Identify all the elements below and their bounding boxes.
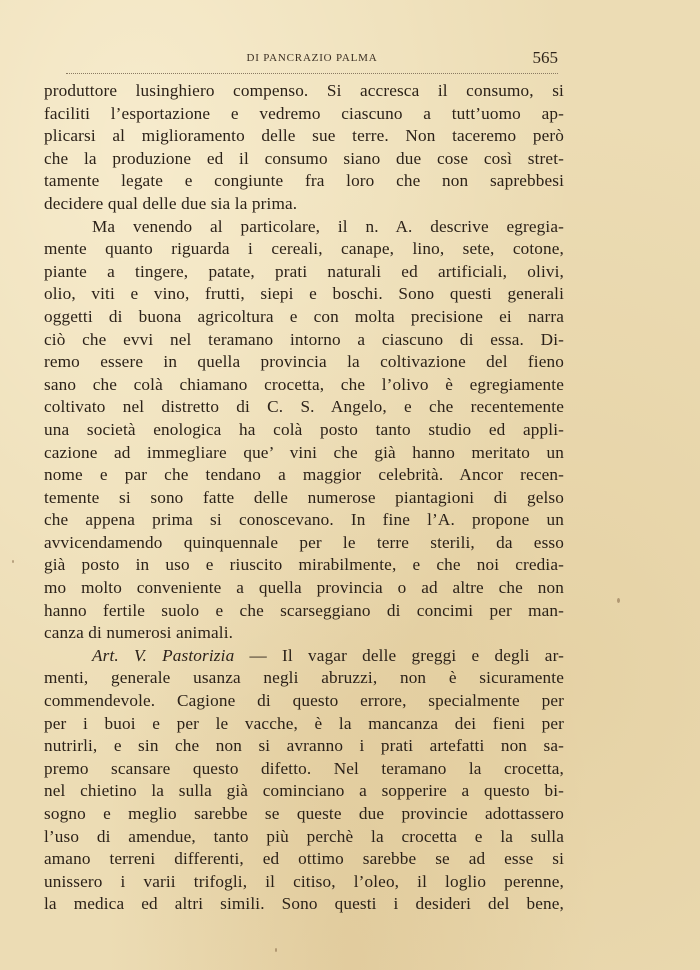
text-line: remo essere in quella provincia la colti… — [44, 351, 564, 374]
text-line: per i buoi e per le vacche, è la mancanz… — [44, 713, 564, 736]
text-line: canza di numerosi animali. — [44, 622, 564, 645]
text-line-rest: — Il vagar delle greggi e degli ar- — [234, 646, 564, 665]
paragraph-3: Art. V. Pastorizia — Il vagar delle greg… — [44, 645, 564, 916]
text-line: mente quanto riguarda i cereali, canape,… — [44, 238, 564, 261]
page-number: 565 — [533, 48, 559, 68]
text-line: olio, viti e vino, frutti, siepi e bosch… — [44, 283, 564, 306]
paragraph-2: Ma venendo al particolare, il n. A. desc… — [44, 216, 564, 645]
text-line: sogno e meglio sarebbe se queste due pro… — [44, 803, 564, 826]
text-line: che appena prima si conoscevano. In fine… — [44, 509, 564, 532]
text-line: cazione ad immegliare que’ vini che già … — [44, 442, 564, 465]
running-title: DI PANCRAZIO PALMA — [66, 52, 558, 64]
header-dotted-rule — [66, 73, 558, 74]
text-line: tamente legate e congiunte fra loro che … — [44, 170, 564, 193]
text-line: la medica ed altri simili. Sono questi i… — [44, 893, 564, 916]
text-line: avvicendamendo quinquennale per le terre… — [44, 532, 564, 555]
paper-speck — [275, 948, 277, 952]
running-head: DI PANCRAZIO PALMA 565 — [66, 48, 558, 70]
text-line: già posto in uso e riuscito mirabilmente… — [44, 554, 564, 577]
text-line: commendevole. Cagione di questo errore, … — [44, 690, 564, 713]
text-line: unissero i varii trifogli, il citiso, l’… — [44, 871, 564, 894]
text-line: plicarsi al miglioramento delle sue terr… — [44, 125, 564, 148]
book-page: DI PANCRAZIO PALMA 565 produttore lusing… — [0, 0, 700, 970]
text-line-section-start: Art. V. Pastorizia — Il vagar delle greg… — [44, 645, 564, 668]
text-line: amano terreni differenti, ed ottimo sare… — [44, 848, 564, 871]
text-line: nome e par che tendano a maggior celebri… — [44, 464, 564, 487]
text-line: produttore lusinghiero compenso. Si accr… — [44, 80, 564, 103]
section-heading: Art. V. Pastorizia — [92, 646, 234, 665]
text-line: che la produzione ed il consumo siano du… — [44, 148, 564, 171]
text-line: Ma venendo al particolare, il n. A. desc… — [44, 216, 564, 239]
paper-speck — [617, 598, 620, 603]
text-line: decidere qual delle due sia la prima. — [44, 193, 564, 216]
text-line: nutrirli, e sin che non si avranno i pra… — [44, 735, 564, 758]
text-line: ciò che evvi nel teramano intorno a cias… — [44, 329, 564, 352]
body-text: produttore lusinghiero compenso. Si accr… — [44, 80, 564, 916]
text-line: piante a tingere, patate, prati naturali… — [44, 261, 564, 284]
text-line: sano che colà chiamano crocetta, che l’o… — [44, 374, 564, 397]
paper-speck — [12, 560, 14, 563]
text-line: coltivato nel distretto di C. S. Angelo,… — [44, 396, 564, 419]
text-line: faciliti l’esportazione e vedremo ciascu… — [44, 103, 564, 126]
text-line: nel chietino la sulla già cominciano a s… — [44, 780, 564, 803]
text-line: temente si sono fatte delle numerose pia… — [44, 487, 564, 510]
text-line: oggetti di buona agricoltura e con molta… — [44, 306, 564, 329]
text-line: hanno fertile suolo e che scarseggiano d… — [44, 600, 564, 623]
text-line: mo molto conveniente a quella provincia … — [44, 577, 564, 600]
text-line: una società enologica ha colà posto tant… — [44, 419, 564, 442]
text-line: premo scansare questo difetto. Nel teram… — [44, 758, 564, 781]
paragraph-1: produttore lusinghiero compenso. Si accr… — [44, 80, 564, 216]
text-line: menti, generale usanza negli abruzzi, no… — [44, 667, 564, 690]
text-line: l’uso di amendue, tanto più perchè la cr… — [44, 826, 564, 849]
